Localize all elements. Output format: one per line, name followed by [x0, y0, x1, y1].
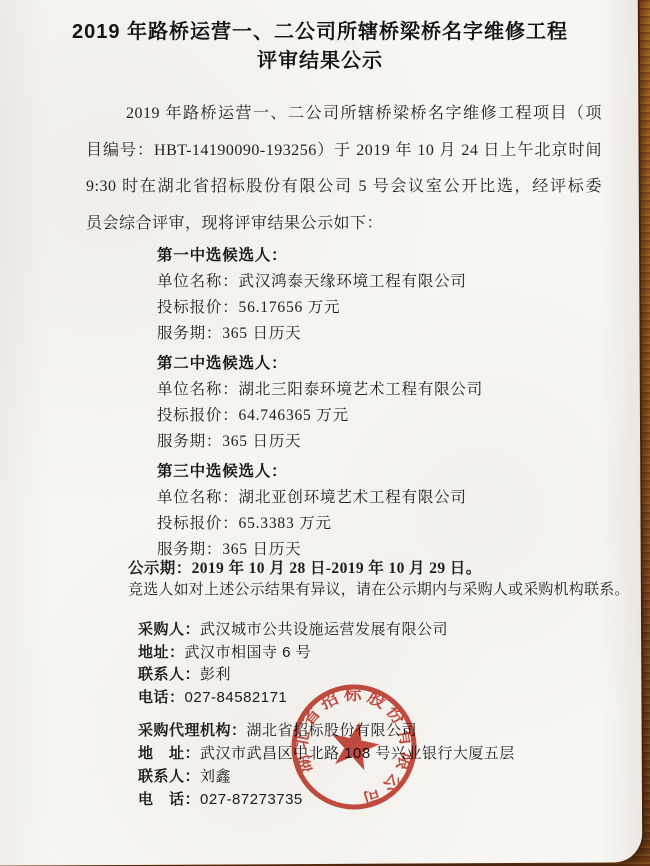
publicity-period-line: 公示期：2019 年 10 月 28 日-2019 年 10 月 29 日。 — [128, 558, 630, 580]
publicity-notice: 公示期：2019 年 10 月 28 日-2019 年 10 月 29 日。 竞… — [128, 558, 630, 601]
candidate-header: 第三中选候选人： — [157, 459, 577, 485]
document-title-line1: 2019 年路桥运营一、二公司所辖桥梁桥名字维修工程 — [0, 18, 640, 47]
purchaser-contact-label: 联系人： — [138, 666, 200, 683]
unit-name-label: 单位名称： — [157, 489, 239, 506]
unit-name-label: 单位名称： — [157, 381, 239, 398]
purchaser-phone-value: 027-84582171 — [185, 689, 288, 706]
purchaser-name-value: 武汉城市公共设施运营发展有限公司 — [200, 621, 448, 638]
purchaser-contact-value: 彭利 — [200, 666, 231, 683]
bid-price-line: 投标报价：64.746365 万元 — [157, 403, 577, 429]
purchaser-address-line: 地址：武汉市相国寺 6 号 — [138, 642, 448, 665]
unit-name-value: 武汉鸿泰天缘环境工程有限公司 — [239, 273, 467, 290]
candidate-list: 第一中选候选人： 单位名称：武汉鸿泰天缘环境工程有限公司 投标报价：56.176… — [157, 243, 577, 567]
service-period-label: 服务期： — [157, 433, 222, 450]
service-period-label: 服务期： — [157, 541, 222, 558]
purchaser-name-line: 采购人：武汉城市公共设施运营发展有限公司 — [138, 619, 448, 642]
agency-phone-label: 电 话： — [138, 791, 200, 808]
star-icon — [326, 717, 383, 772]
intro-line: 9:30 时在湖北省招标股份有限公司 5 号会议室公开比选，经评标委 — [86, 169, 602, 206]
service-period-line: 服务期：365 日历天 — [157, 321, 577, 347]
bid-price-value: 56.17656 万元 — [239, 299, 341, 316]
candidate-section-3: 第三中选候选人： 单位名称：湖北亚创环境艺术工程有限公司 投标报价：65.338… — [157, 459, 577, 563]
agency-name-label: 采购代理机构： — [138, 722, 247, 739]
unit-name-line: 单位名称：武汉鸿泰天缘环境工程有限公司 — [157, 269, 577, 295]
service-period-line: 服务期：365 日历天 — [157, 429, 577, 455]
bid-price-label: 投标报价： — [157, 407, 239, 424]
purchaser-name-label: 采购人： — [138, 621, 200, 638]
service-period-value: 365 日历天 — [222, 325, 301, 342]
document-title-line2: 评审结果公示 — [0, 47, 640, 76]
purchaser-phone-label: 电话： — [138, 689, 185, 706]
candidate-section-2: 第二中选候选人： 单位名称：湖北三阳泰环境艺术工程有限公司 投标报价：64.74… — [157, 351, 577, 455]
intro-paragraph: 2019 年路桥运营一、二公司所辖桥梁桥名字维修工程项目（项 目编号：HBT-1… — [86, 96, 602, 242]
bid-price-line: 投标报价：56.17656 万元 — [157, 295, 577, 321]
agency-contact-value: 刘鑫 — [200, 768, 231, 785]
unit-name-value: 湖北亚创环境艺术工程有限公司 — [239, 489, 467, 506]
service-period-label: 服务期： — [157, 325, 222, 342]
agency-address-label: 地 址： — [138, 745, 200, 762]
unit-name-line: 单位名称：湖北亚创环境艺术工程有限公司 — [157, 485, 577, 511]
company-seal-stamp: 湖北省招标股份有限公司 — [279, 672, 429, 822]
document-title: 2019 年路桥运营一、二公司所辖桥梁桥名字维修工程 评审结果公示 — [0, 18, 640, 76]
bid-price-value: 65.3383 万元 — [239, 515, 332, 532]
scanned-notice-page: { "title": { "line1": "2019 年路桥运营一、二公司所辖… — [0, 0, 650, 866]
candidate-header: 第一中选候选人： — [157, 243, 577, 269]
purchaser-address-value: 武汉市相国寺 6 号 — [185, 644, 312, 661]
candidate-header: 第二中选候选人： — [157, 351, 577, 377]
purchaser-address-label: 地址： — [138, 644, 185, 661]
bid-price-line: 投标报价：65.3383 万元 — [157, 511, 577, 537]
unit-name-line: 单位名称：湖北三阳泰环境艺术工程有限公司 — [157, 377, 577, 403]
bid-price-value: 64.746365 万元 — [239, 407, 349, 424]
service-period-value: 365 日历天 — [222, 541, 301, 558]
unit-name-label: 单位名称： — [157, 273, 239, 290]
bid-price-label: 投标报价： — [157, 299, 239, 316]
unit-name-value: 湖北三阳泰环境艺术工程有限公司 — [239, 381, 484, 398]
agency-contact-label: 联系人： — [138, 768, 200, 785]
intro-line: 员会综合评审，现将评审结果公示如下： — [86, 206, 602, 243]
intro-line: 2019 年路桥运营一、二公司所辖桥梁桥名字维修工程项目（项 — [86, 96, 602, 133]
objection-notice-line: 竞选人如对上述公示结果有异议，请在公示期内与采购人或采购机构联系。 — [128, 580, 630, 602]
candidate-section-1: 第一中选候选人： 单位名称：武汉鸿泰天缘环境工程有限公司 投标报价：56.176… — [157, 243, 577, 347]
intro-line: 目编号：HBT-14190090-193256）于 2019 年 10 月 24… — [86, 133, 602, 170]
bid-price-label: 投标报价： — [157, 515, 239, 532]
service-period-value: 365 日历天 — [222, 433, 301, 450]
